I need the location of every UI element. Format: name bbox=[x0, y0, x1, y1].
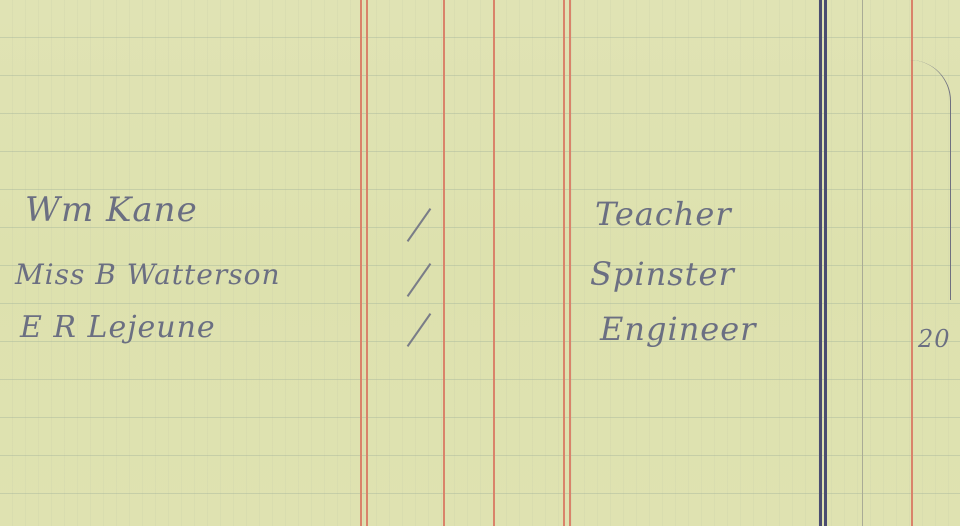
ledger-page: Wm Kane Miss B Watterson E R Lejeune Tea… bbox=[0, 0, 960, 526]
column-rule bbox=[443, 0, 445, 526]
entry-occupation: Engineer bbox=[600, 310, 756, 348]
column-rule bbox=[862, 0, 863, 526]
pencil-bracket bbox=[910, 60, 951, 300]
column-rule bbox=[493, 0, 495, 526]
tick-mark bbox=[407, 263, 432, 297]
column-rule bbox=[366, 0, 368, 526]
entry-occupation: Teacher bbox=[595, 195, 732, 233]
entry-name: Miss B Watterson bbox=[15, 258, 281, 291]
entry-name: Wm Kane bbox=[25, 190, 198, 230]
column-rule-double bbox=[819, 0, 822, 526]
entry-occupation: Spinster bbox=[590, 255, 735, 293]
column-rule-double bbox=[824, 0, 827, 526]
column-rule bbox=[569, 0, 571, 526]
tick-mark bbox=[407, 208, 432, 242]
tick-mark bbox=[407, 313, 432, 347]
column-rule bbox=[360, 0, 362, 526]
entry-name: E R Lejeune bbox=[20, 310, 216, 345]
column-rule bbox=[563, 0, 565, 526]
entry-number: 20 bbox=[918, 325, 951, 353]
